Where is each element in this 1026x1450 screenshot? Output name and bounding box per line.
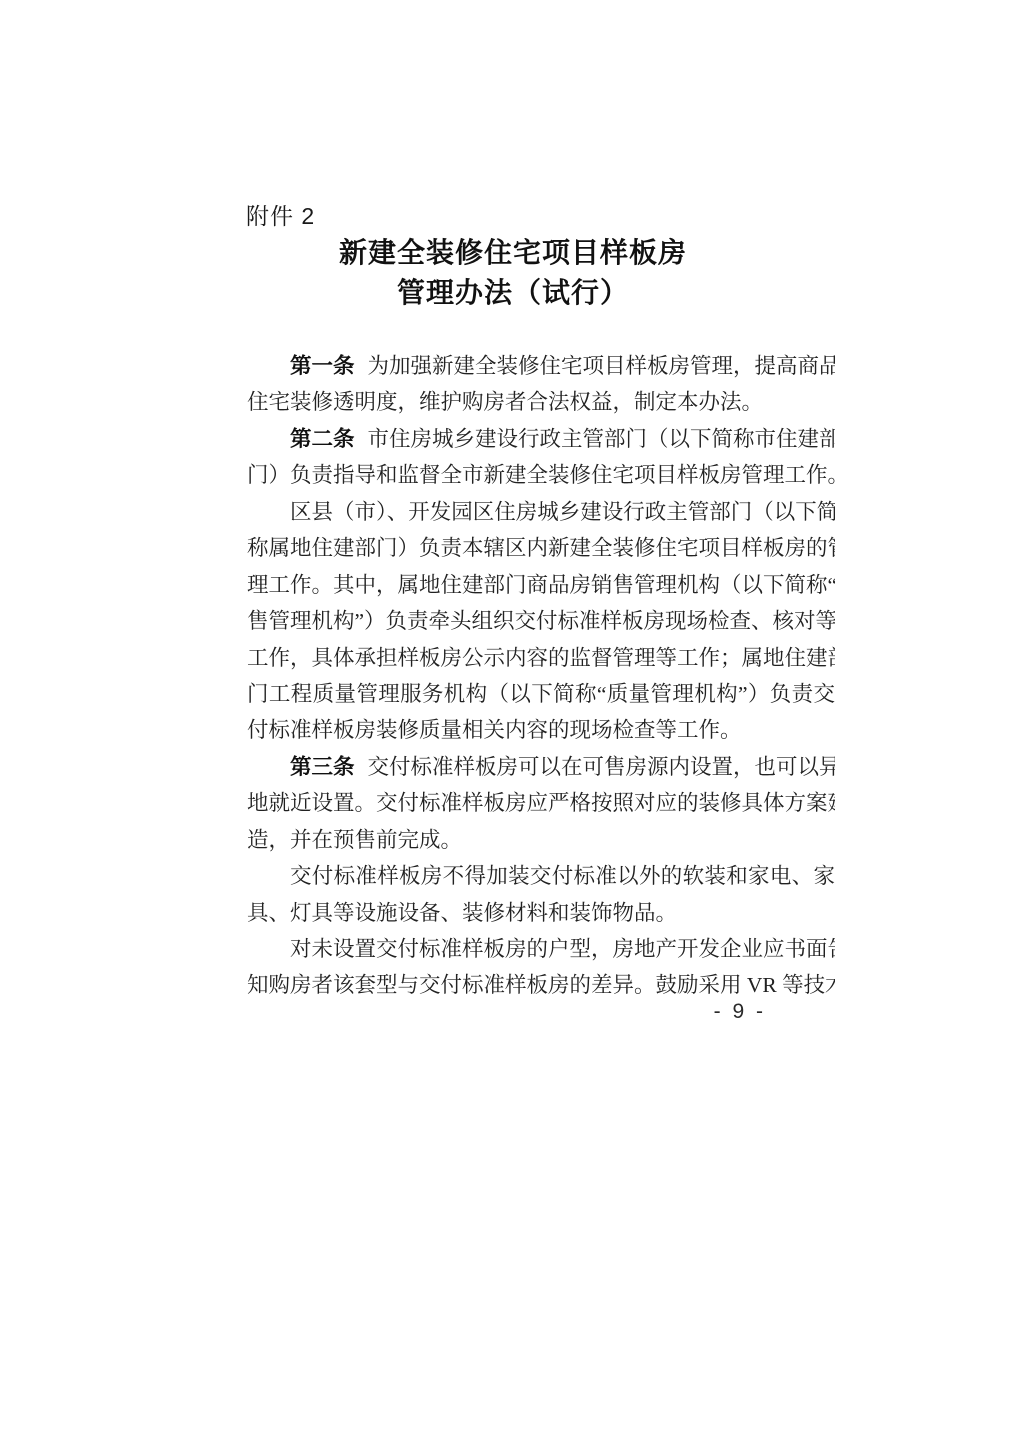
paragraph-article-1: 第一条为加强新建全装修住宅项目样板房管理，提高商品 住宅装修透明度，维护购房者合… — [247, 348, 835, 421]
attachment-label: 附件 2 — [246, 202, 315, 230]
document-page: 附件 2 新建全装修住宅项目样板房 管理办法（试行） 第一条为加强新建全装修住宅… — [0, 0, 1026, 1450]
text-line: 第三条交付标准样板房可以在可售房源内设置，也可以异 — [247, 749, 835, 785]
text-line: 地就近设置。交付标准样板房应严格按照对应的装修具体方案建 — [247, 785, 835, 821]
text-line: 第一条为加强新建全装修住宅项目样板房管理，提高商品 — [247, 348, 835, 384]
text-line: 门工程质量管理服务机构（以下简称“质量管理机构”）负责交 — [247, 676, 835, 712]
text-line: 具、灯具等设施设备、装修材料和装饰物品。 — [247, 895, 835, 931]
text-line: 付标准样板房装修质量相关内容的现场检查等工作。 — [247, 712, 835, 748]
text-line: 对未设置交付标准样板房的户型，房地产开发企业应书面告 — [247, 931, 835, 967]
article-number-term: 第三条 — [290, 755, 355, 779]
document-title-line-2: 管理办法（试行） — [0, 273, 1026, 313]
document-body: 第一条为加强新建全装修住宅项目样板房管理，提高商品 住宅装修透明度，维护购房者合… — [247, 348, 835, 1004]
paragraph-article-2: 第二条市住房城乡建设行政主管部门（以下简称市住建部 门）负责指导和监督全市新建全… — [247, 421, 835, 494]
text-line: 交付标准样板房不得加装交付标准以外的软装和家电、家 — [247, 858, 835, 894]
page-number: - 9 - — [714, 999, 766, 1025]
text-line-content: 市住房城乡建设行政主管部门（以下简称市住建部 — [368, 427, 835, 451]
text-line: 称属地住建部门）负责本辖区内新建全装修住宅项目样板房的管 — [247, 530, 835, 566]
text-line-content: 交付标准样板房可以在可售房源内设置，也可以异 — [368, 755, 835, 779]
text-line: 造，并在预售前完成。 — [247, 822, 835, 858]
document-title: 新建全装修住宅项目样板房 管理办法（试行） — [0, 233, 1026, 313]
text-line-content: 为加强新建全装修住宅项目样板房管理，提高商品 — [368, 354, 835, 378]
text-line: 售管理机构”）负责牵头组织交付标准样板房现场检查、核对等 — [247, 603, 835, 639]
paragraph-no-extra-fittings: 交付标准样板房不得加装交付标准以外的软装和家电、家 具、灯具等设施设备、装修材料… — [247, 858, 835, 931]
paragraph-article-3: 第三条交付标准样板房可以在可售房源内设置，也可以异 地就近设置。交付标准样板房应… — [247, 749, 835, 858]
text-line: 工作，具体承担样板房公示内容的监督管理等工作；属地住建部 — [247, 640, 835, 676]
text-line: 第二条市住房城乡建设行政主管部门（以下简称市住建部 — [247, 421, 835, 457]
document-title-line-1: 新建全装修住宅项目样板房 — [0, 233, 1026, 273]
text-line: 理工作。其中，属地住建部门商品房销售管理机构（以下简称“销 — [247, 567, 835, 603]
article-number-term: 第二条 — [290, 427, 355, 451]
text-line: 住宅装修透明度，维护购房者合法权益，制定本办法。 — [247, 384, 835, 420]
article-number-term: 第一条 — [290, 354, 355, 378]
text-line: 区县（市）、开发园区住房城乡建设行政主管部门（以下简 — [247, 494, 835, 530]
paragraph-district-duties: 区县（市）、开发园区住房城乡建设行政主管部门（以下简 称属地住建部门）负责本辖区… — [247, 494, 835, 749]
text-line: 门）负责指导和监督全市新建全装修住宅项目样板房管理工作。 — [247, 457, 835, 493]
paragraph-written-notice: 对未设置交付标准样板房的户型，房地产开发企业应书面告 知购房者该套型与交付标准样… — [247, 931, 835, 1004]
